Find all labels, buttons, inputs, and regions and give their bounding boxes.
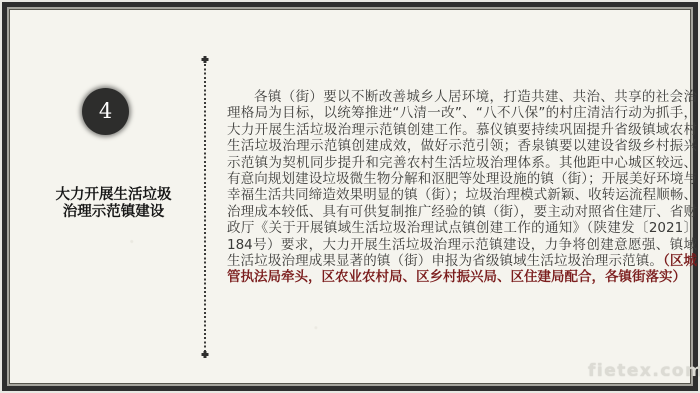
slide: 4 大力开展生活垃圾 治理示范镇建设 各镇（街）要以不断改善城乡人居环境，打造共… (0, 0, 700, 393)
watermark: fietex.com (588, 361, 700, 381)
item-number: 4 (99, 101, 112, 122)
divider-bottom-cap-icon (202, 351, 209, 358)
slide-content-area: 4 大力开展生活垃圾 治理示范镇建设 各镇（街）要以不断改善城乡人居环境，打造共… (7, 7, 693, 386)
divider-top-cap-icon (202, 56, 209, 63)
section-title-line1: 大力开展生活垃圾 (56, 187, 172, 203)
vertical-dotted-divider (204, 60, 206, 354)
body-paragraph: 各镇（街）要以不断改善城乡人居环境，打造共建、共治、共享的社会治理格局为目标，以… (227, 89, 697, 286)
body-main-text: 各镇（街）要以不断改善城乡人居环境，打造共建、共治、共享的社会治理格局为目标，以… (227, 89, 697, 269)
section-title: 大力开展生活垃圾 治理示范镇建设 (31, 187, 196, 221)
item-number-badge: 4 (82, 88, 129, 135)
slide-frame-outer: 4 大力开展生活垃圾 治理示范镇建设 各镇（街）要以不断改善城乡人居环境，打造共… (0, 0, 700, 393)
section-title-line2: 治理示范镇建设 (63, 204, 165, 220)
slide-frame: 4 大力开展生活垃圾 治理示范镇建设 各镇（街）要以不断改善城乡人居环境，打造共… (2, 2, 698, 391)
